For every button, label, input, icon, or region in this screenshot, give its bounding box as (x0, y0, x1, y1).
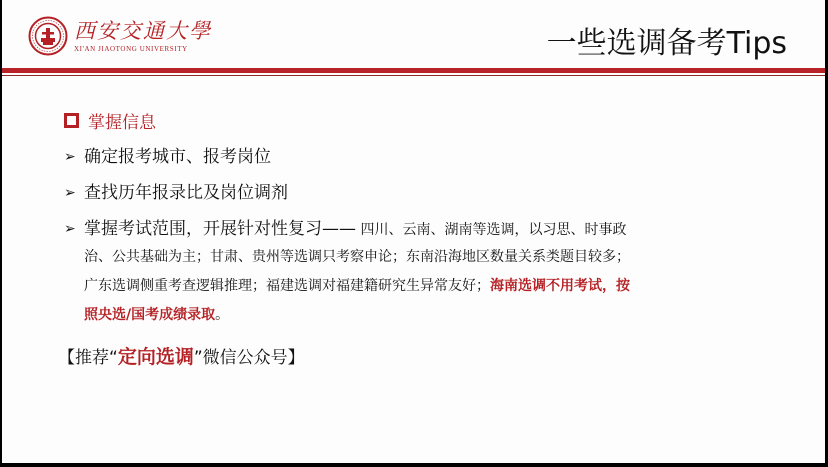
slide-content: 掌握信息 ➢ 确定报考城市、报考岗位 ➢ 查找历年报录比及岗位调剂 ➢ 掌握考试… (64, 106, 784, 369)
recommendation-highlight: 定向选调 (118, 346, 194, 368)
detail-line: 照央选/国考成绩录取。 (84, 301, 784, 330)
bullet-detail: 四川、云南、湖南等选调，以习思、时事政 (356, 222, 626, 238)
arrow-bullet-icon: ➢ (64, 180, 84, 206)
slide-title: 一些选调备考Tips (547, 18, 787, 62)
bullet-text: 确定报考城市、报考岗位 (84, 144, 784, 170)
slide: 西安交通大學 XI'AN JIAOTONG UNIVERSITY 一些选调备考T… (2, 0, 825, 463)
arrow-bullet-icon: ➢ (64, 216, 84, 242)
bullet-item: ➢ 确定报考城市、报考岗位 (64, 144, 784, 170)
university-logo: 西安交通大學 XI'AN JIAOTONG UNIVERSITY (28, 14, 212, 58)
bullet-item: ➢ 掌握考试范围，开展针对性复习—— 四川、云南、湖南等选调，以习思、时事政 (64, 216, 784, 243)
university-name-cn: 西安交通大學 (74, 19, 212, 43)
bullet-item: ➢ 查找历年报录比及岗位调剂 (64, 180, 784, 206)
detail-highlight: 海南选调不用考试，按 (490, 278, 630, 294)
bullet-text: 查找历年报录比及岗位调剂 (84, 180, 784, 206)
header-divider-thin (2, 75, 825, 76)
header-divider (2, 68, 825, 73)
bullet-lead: 掌握考试范围，开展针对性复习—— (84, 219, 356, 239)
university-name-en: XI'AN JIAOTONG UNIVERSITY (74, 45, 212, 53)
bullet-text: 掌握考试范围，开展针对性复习—— 四川、云南、湖南等选调，以习思、时事政 (84, 216, 784, 243)
recommendation-open: 【推荐“ (58, 348, 118, 368)
section-heading-text: 掌握信息 (88, 108, 156, 133)
arrow-bullet-icon: ➢ (64, 144, 84, 170)
recommendation-close: ”微信公众号】 (194, 348, 305, 368)
detail-line: 广东选调侧重考查逻辑推理；福建选调对福建籍研究生异常友好；海南选调不用考试，按 (84, 272, 784, 301)
xjtu-emblem-icon (28, 16, 68, 56)
detail-text: 。 (215, 307, 229, 323)
hollow-square-icon (64, 113, 79, 128)
detail-text: 广东选调侧重考查逻辑推理；福建选调对福建籍研究生异常友好； (84, 278, 490, 294)
detail-line: 治、公共基础为主；甘肃、贵州等选调只考察申论；东南沿海地区数量关系类题目较多； (84, 243, 784, 272)
detail-highlight: 照央选/国考成绩录取 (84, 307, 215, 323)
recommendation: 【推荐“定向选调”微信公众号】 (58, 342, 784, 369)
section-heading: 掌握信息 (64, 106, 784, 134)
bullet-detail-block: 治、公共基础为主；甘肃、贵州等选调只考察申论；东南沿海地区数量关系类题目较多； … (84, 243, 784, 330)
